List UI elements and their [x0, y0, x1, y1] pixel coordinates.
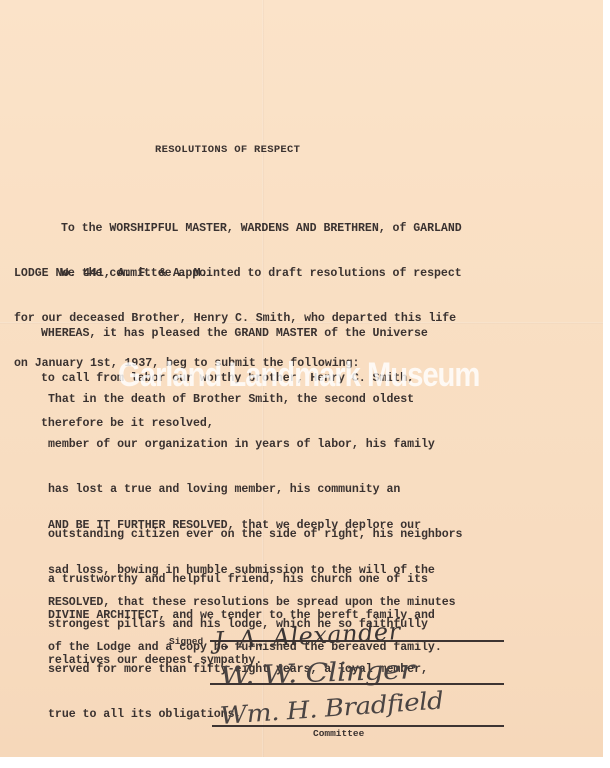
- resolution-line: RESOLVED, that these resolutions be spre…: [14, 595, 456, 610]
- document-page: RESOLUTIONS OF RESPECT To the WORSHIPFUL…: [0, 0, 603, 757]
- resolution-line: AND BE IT FURTHER RESOLVED, that we deep…: [14, 518, 435, 533]
- signature-line: [212, 725, 504, 727]
- committee-label: Committee: [313, 728, 364, 739]
- intro-line: We the committee appointed to draft reso…: [14, 266, 462, 281]
- signature-line: [210, 683, 504, 685]
- signature-line: [210, 640, 504, 642]
- whereas-line: WHEREAS, it has pleased the GRAND MASTER…: [41, 326, 428, 341]
- signed-label: Signed: [169, 636, 203, 647]
- museum-watermark: Garland Landmark Museum: [118, 356, 479, 395]
- salutation-line: To the WORSHIPFUL MASTER, WARDENS AND BR…: [14, 221, 462, 236]
- resolution-line: member of our organization in years of l…: [14, 437, 462, 452]
- document-title: RESOLUTIONS OF RESPECT: [155, 143, 300, 158]
